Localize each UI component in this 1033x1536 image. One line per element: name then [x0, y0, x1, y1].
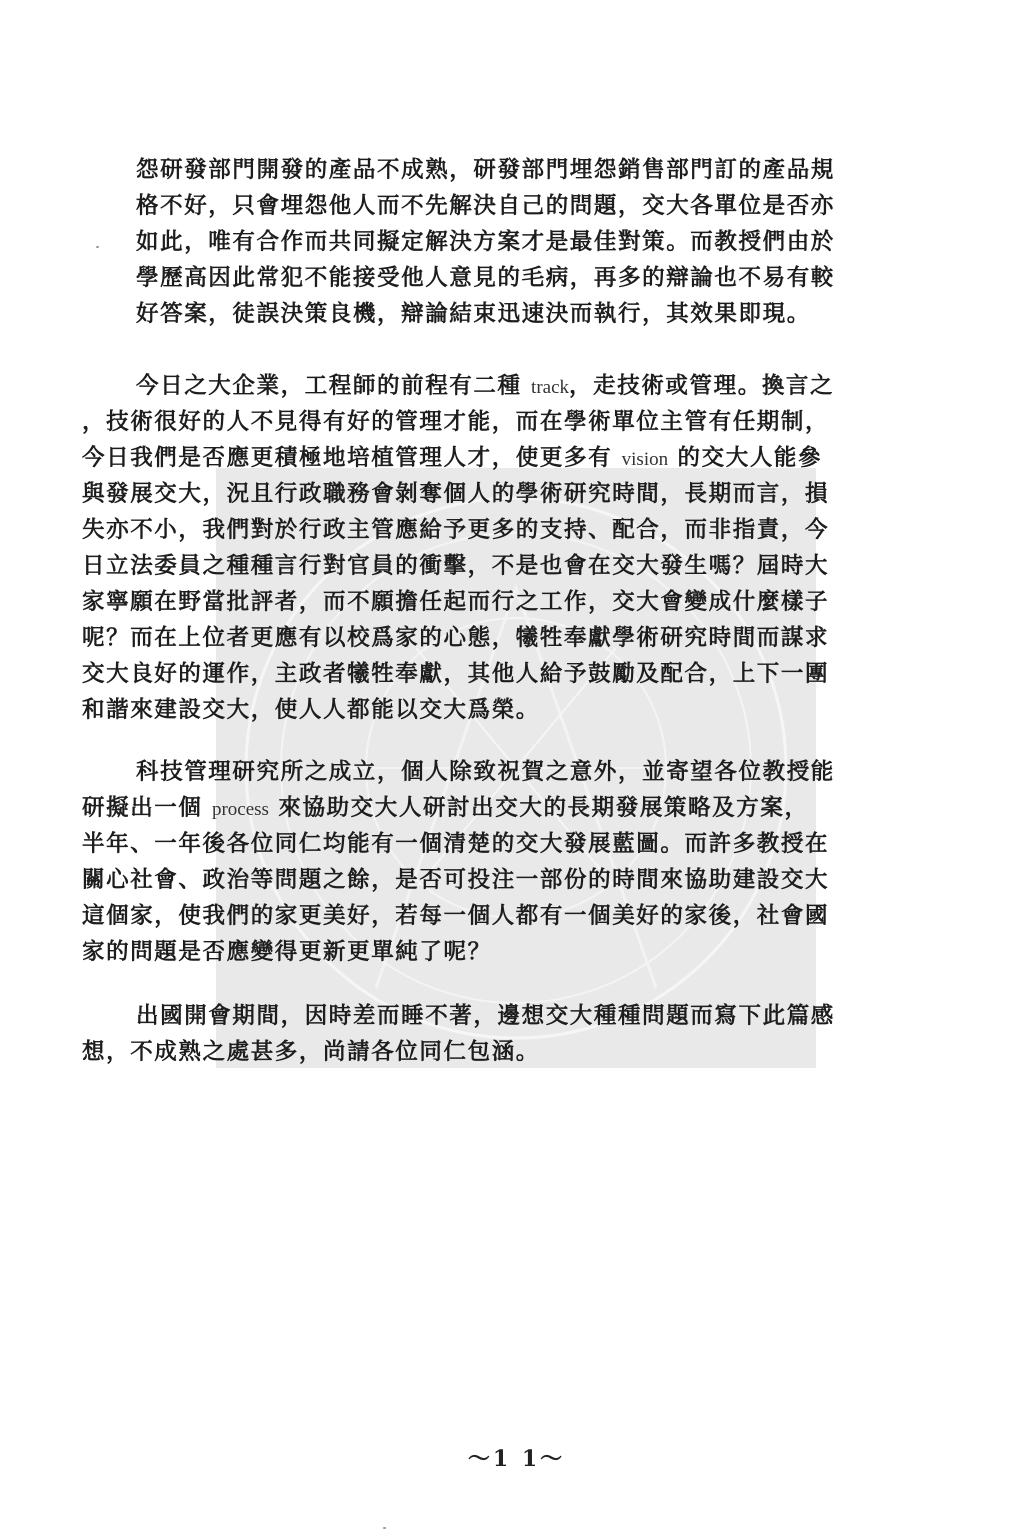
text-line: 出國開會期間，因時差而睡不著，邊想交大種種問題而寫下此篇感 [136, 998, 835, 1034]
text-line: 學歷高因此常犯不能接受他人意見的毛病，再多的辯論也不易有較 [136, 260, 835, 296]
latin-term: vision [622, 449, 668, 470]
text-segment: 今日之大企業，工程師的前程有二種 [136, 373, 531, 399]
text-line: 格不好，只會埋怨他人而不先解決自己的問題，交大各單位是否亦 [136, 188, 835, 224]
text-line: 失亦不小，我們對於行政主管應給予更多的支持、配合，而非指責，今 [82, 512, 829, 548]
text-line: ，技術很好的人不見得有好的管理才能，而在學術單位主管有任期制， [82, 404, 829, 440]
text-segment: 的交大人能參 [668, 445, 822, 471]
text-line: 家寧願在野當批評者，而不願擔任起而行之工作，交大會變成什麼樣子 [82, 584, 829, 620]
text-line: 關心社會、政治等問題之餘，是否可投注一部份的時間來協助建設交大 [82, 862, 829, 898]
text-line: 與發展交大，況且行政職務會剝奪個人的學術研究時間，長期而言，損 [82, 476, 829, 512]
text-line: 研擬出一個 process 來協助交大人研討出交大的長期發展策略及方案， [82, 790, 809, 828]
text-line: 怨研發部門開發的產品不成熟，研發部門埋怨銷售部門訂的產品規 [136, 152, 835, 188]
scan-speck [96, 246, 99, 248]
text-line: 半年、一年後各位同仁均能有一個清楚的交大發展藍圖。而許多教授在 [82, 826, 829, 862]
text-line: 科技管理研究所之成立，個人除致祝賀之意外，並寄望各位教授能 [136, 754, 835, 790]
scan-speck [383, 1527, 386, 1529]
text-segment: 今日我們是否應更積極地培植管理人才，使更多有 [82, 445, 622, 471]
text-line: 如此，唯有合作而共同擬定解決方案才是最佳對策。而教授們由於 [136, 224, 835, 260]
text-line: 家的問題是否應變得更新更單純了呢？ [82, 934, 492, 970]
text-line: 今日之大企業，工程師的前程有二種 track，走技術或管理。換言之 [136, 368, 834, 406]
page-number: ～1 1～ [0, 1442, 1033, 1473]
text-line: 這個家，使我們的家更美好，若每一個人都有一個美好的家後，社會國 [82, 898, 829, 934]
text-segment: ，走技術或管理。換言之 [569, 373, 834, 399]
text-line: 日立法委員之種種言行對官員的衝擊，不是也會在交大發生嗎？屆時大 [82, 548, 829, 584]
text-line: 想，不成熟之處甚多，尚請各位同仁包涵。 [82, 1034, 540, 1070]
text-segment: 研擬出一個 [82, 795, 212, 821]
latin-term: process [212, 799, 269, 820]
latin-term: track [531, 377, 569, 398]
text-line: 好答案，徒誤決策良機，辯論結束迅速決而執行，其效果即現。 [136, 296, 811, 332]
text-line: 交大良好的運作，主政者犧牲奉獻，其他人給予鼓勵及配合，上下一團 [82, 656, 829, 692]
text-line: 呢？而在上位者更應有以校爲家的心態，犧牲奉獻學術研究時間而謀求 [82, 620, 829, 656]
text-line: 今日我們是否應更積極地培植管理人才，使更多有 vision 的交大人能參 [82, 440, 822, 478]
text-segment: 來協助交大人研討出交大的長期發展策略及方案， [269, 795, 809, 821]
text-line: 和諧來建設交大，使人人都能以交大爲榮。 [82, 692, 540, 728]
